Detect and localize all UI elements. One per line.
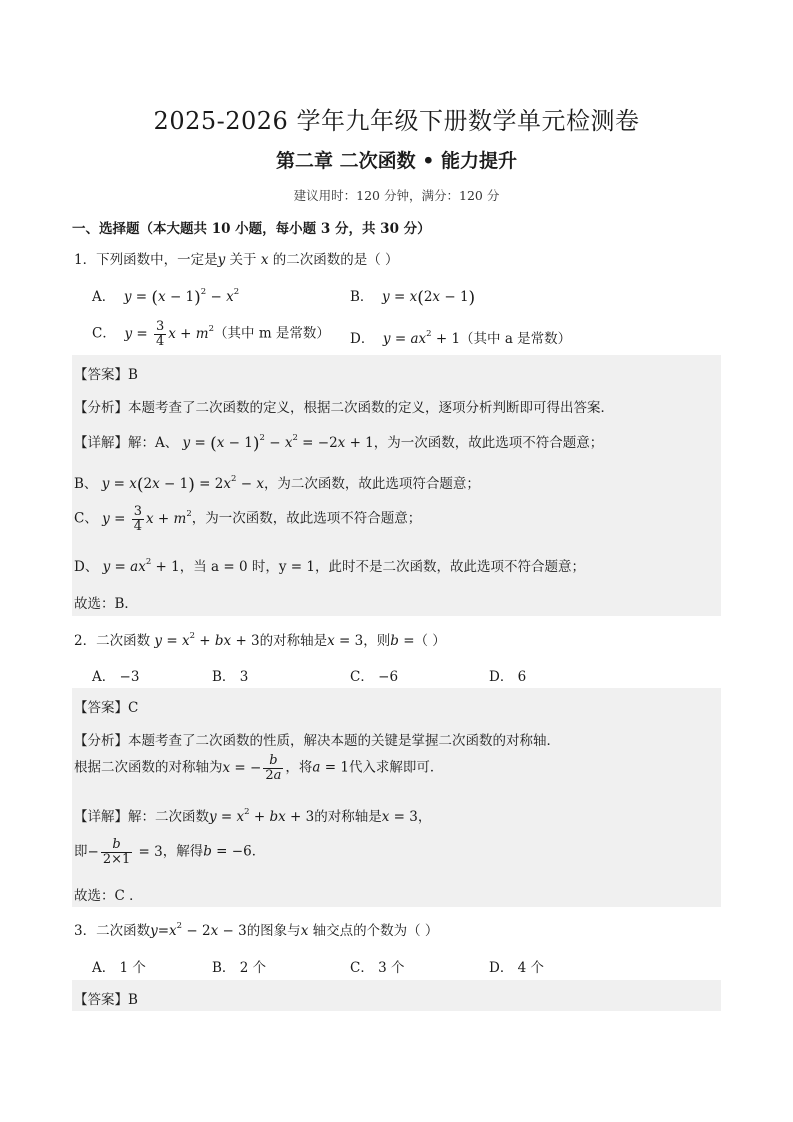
question-3-option-a: A． 1 个 (92, 956, 146, 976)
question-2-stem: 2．二次函数 y = x2 + bx + 3的对称轴是x = 3，则b =（ ） (74, 629, 446, 649)
option-d-expression: y = ax2 + 1 (379, 331, 460, 347)
detail-c-expression: y = 34x + m2 (102, 511, 192, 527)
question-3-option-c: C． 3 个 (350, 956, 405, 976)
question-3-stem: 3．二次函数y=x2 − 2x − 3的图象与x 轴交点的个数为（ ） (74, 919, 438, 939)
question-1-conclusion: 故选：B． (74, 592, 138, 612)
question-3-option-b: B． 2 个 (212, 956, 266, 976)
detail-b-expression: y = x(2x − 1) = 2x2 − x (102, 476, 264, 492)
question-1-analysis: 【分析】本题考查了二次函数的定义，根据二次函数的定义，逐项分析判断即可得出答案． (74, 396, 614, 416)
chapter-subtitle: 第二章 二次函数 • 能力提升 (0, 146, 793, 173)
exam-meta: 建议用时：120 分钟，满分：120 分 (0, 186, 793, 204)
detail-d-expression: y = ax2 + 1 (103, 559, 180, 575)
question-3-solution-box (72, 980, 721, 1011)
question-2-option-a: A． −3 (92, 665, 139, 685)
question-1-answer: 【答案】B (74, 363, 138, 383)
question-2-solution-box (72, 688, 721, 907)
option-a-expression: y = (x − 1)2 − x2 (120, 289, 240, 305)
question-1-detail-c: C、 y = 34x + m2，为一次函数，故此选项不符合题意； (74, 505, 421, 533)
option-c-expression: y = 34x + m2 (120, 326, 214, 342)
question-2-option-b: B． 3 (212, 665, 248, 685)
question-3-option-d: D． 4 个 (489, 956, 544, 976)
question-number: 1． (74, 252, 96, 268)
question-1-stem: 1．下列函数中，一定是y 关于 x 的二次函数的是（ ） (74, 248, 399, 268)
option-b-expression: y = x(2x − 1) (378, 289, 475, 305)
q2-stem-expression: y = x2 + bx + 3 (154, 633, 259, 649)
question-1-detail-a: 【详解】解：A、 y = (x − 1)2 − x2 = −2x + 1，为一次… (74, 431, 603, 454)
question-2-option-d: D． 6 (489, 665, 526, 685)
question-1-option-d: D． y = ax2 + 1（其中 a 是常数） (350, 327, 571, 347)
question-2-analysis-formula: 根据二次函数的对称轴为x = −b2a，将a = 1代入求解即可． (74, 754, 443, 782)
document-title: 2025-2026 学年九年级下册数学单元检测卷 (0, 101, 793, 136)
section-heading: 一、选择题（本大题共 10 小题，每小题 3 分，共 30 分） (72, 217, 431, 237)
detail-a-expression: y = (x − 1)2 − x2 = −2x + 1 (183, 435, 374, 451)
question-3-answer: 【答案】B (74, 988, 138, 1008)
question-2-analysis: 【分析】本题考查了二次函数的性质，解决本题的关键是掌握二次函数的对称轴． (74, 729, 560, 749)
question-1-option-b: B． y = x(2x − 1) (350, 285, 475, 308)
question-2-conclusion: 故选：C ． (74, 884, 143, 904)
question-2-detail: 【详解】解：二次函数y = x2 + bx + 3的对称轴是x = 3， (74, 805, 431, 825)
question-1-detail-b: B、 y = x(2x − 1) = 2x2 − x，为二次函数，故此选项符合题… (74, 472, 480, 495)
question-2-detail-solve: 即−b2×1 = 3，解得b = −6． (74, 838, 265, 866)
question-2-answer: 【答案】C (74, 696, 138, 716)
question-1-detail-d: D、 y = ax2 + 1，当 a = 0 时，y = 1，此时不是二次函数，… (74, 555, 585, 575)
question-2-option-c: C． −6 (350, 665, 398, 685)
question-1-option-a: A． y = (x − 1)2 − x2 (92, 285, 239, 308)
question-1-option-c: C． y = 34x + m2（其中 m 是常数） (92, 320, 330, 348)
